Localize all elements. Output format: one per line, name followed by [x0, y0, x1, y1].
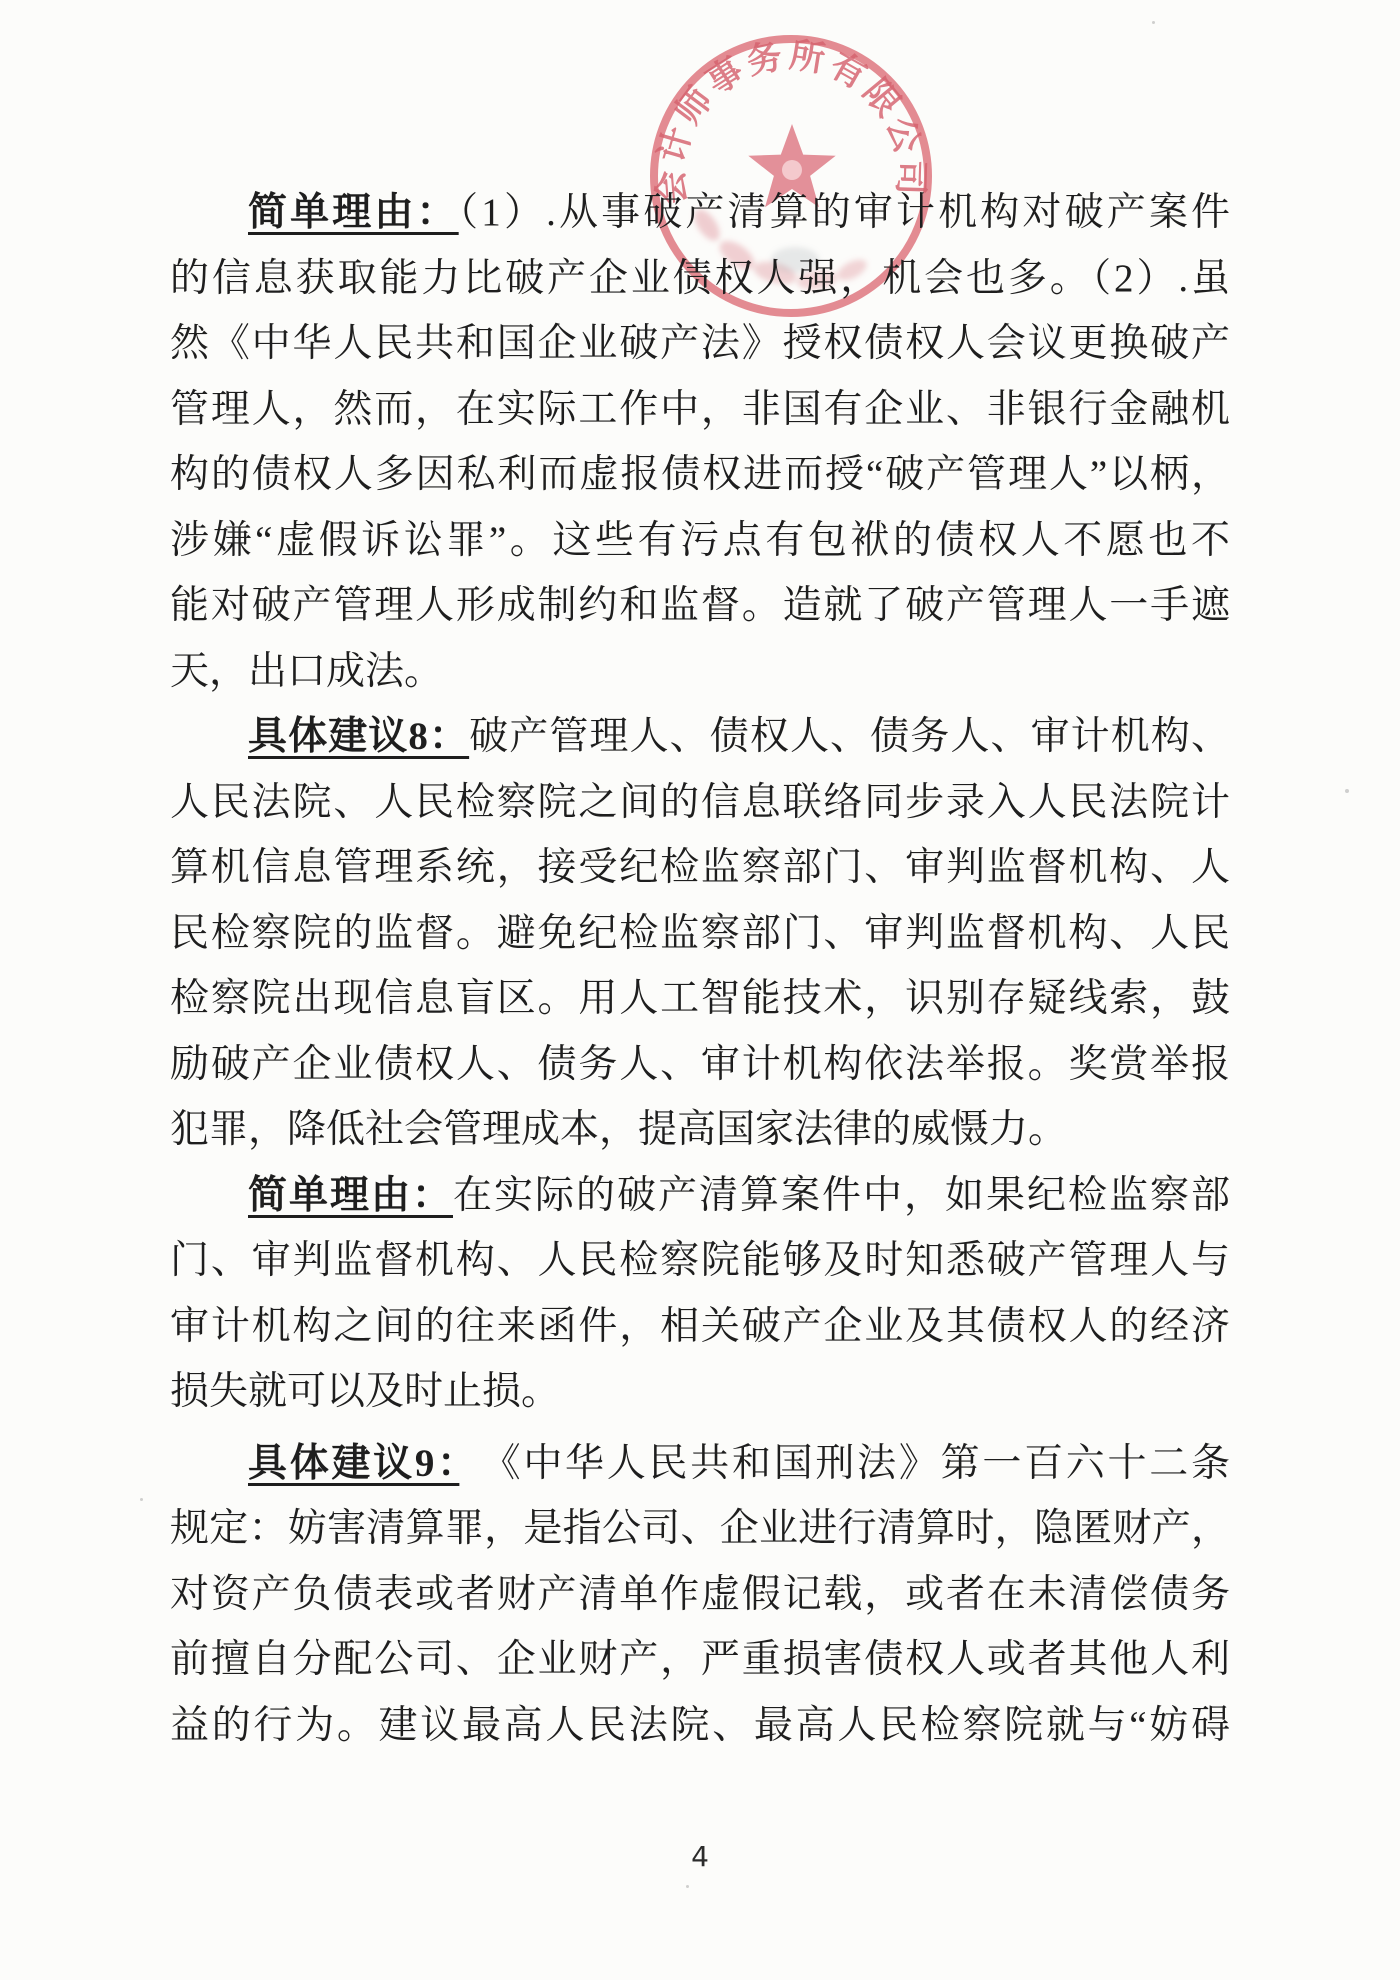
- scan-speck: [1152, 21, 1155, 24]
- text-line: 简单理由：在实际的破产清算案件中，如果纪检监察部: [170, 1163, 1230, 1229]
- text-line: 益的行为。建议最高人民法院、最高人民检察院就与“妨碍: [170, 1693, 1230, 1759]
- paragraph-header: 简单理由：: [248, 191, 459, 234]
- text-line: 具体建议8：破产管理人、债权人、债务人、审计机构、: [170, 704, 1230, 770]
- scan-speck: [686, 1885, 689, 1888]
- text-line: 审计机构之间的往来函件，相关破产企业及其债权人的经济: [170, 1294, 1230, 1360]
- text-line: 简单理由：（1）.从事破产清算的审计机构对破产案件: [170, 180, 1230, 246]
- text-line: 前擅自分配公司、企业财产，严重损害债权人或者其他人利: [170, 1627, 1230, 1693]
- paragraph-header: 简单理由：: [248, 1174, 453, 1217]
- text-line: 规定：妨害清算罪，是指公司、企业进行清算时，隐匿财产，: [170, 1496, 1230, 1562]
- scan-speck: [140, 1498, 143, 1501]
- paragraph: 具体建议9： 《中华人民共和国刑法》第一百六十二条规定：妨害清算罪，是指公司、企…: [170, 1431, 1230, 1759]
- paragraph: 具体建议8：破产管理人、债权人、债务人、审计机构、人民法院、人民检察院之间的信息…: [170, 704, 1230, 1163]
- text-line: 管理人，然而，在实际工作中，非国有企业、非银行金融机: [170, 377, 1230, 443]
- text-line: 民检察院的监督。避免纪检监察部门、审判监督机构、人民: [170, 901, 1230, 967]
- text-line: 算机信息管理系统，接受纪检监察部门、审判监督机构、人: [170, 835, 1230, 901]
- text-line: 然《中华人民共和国企业破产法》授权债权人会议更换破产: [170, 311, 1230, 377]
- text-line: 对资产负债表或者财产清单作虚假记载，或者在未清偿债务: [170, 1562, 1230, 1628]
- text-line: 门、审判监督机构、人民检察院能够及时知悉破产管理人与: [170, 1228, 1230, 1294]
- text-line: 构的债权人多因私利而虚报债权进而授“破产管理人”以柄，: [170, 442, 1230, 508]
- paragraph: 简单理由：在实际的破产清算案件中，如果纪检监察部门、审判监督机构、人民检察院能够…: [170, 1163, 1230, 1425]
- scan-speck: [1345, 789, 1349, 793]
- text-line: 天，出口成法。: [170, 639, 1230, 705]
- text-line: 检察院出现信息盲区。用人工智能技术，识别存疑线索，鼓: [170, 966, 1230, 1032]
- text-line: 损失就可以及时止损。: [170, 1359, 1230, 1425]
- text-line: 具体建议9： 《中华人民共和国刑法》第一百六十二条: [170, 1431, 1230, 1497]
- text-line: 能对破产管理人形成制约和监督。造就了破产管理人一手遮: [170, 573, 1230, 639]
- text-line: 涉嫌“虚假诉讼罪”。这些有污点有包袱的债权人不愿也不: [170, 508, 1230, 574]
- text-line: 犯罪，降低社会管理成本，提高国家法律的威慑力。: [170, 1097, 1230, 1163]
- document-body: 简单理由：（1）.从事破产清算的审计机构对破产案件的信息获取能力比破产企业债权人…: [170, 180, 1230, 1758]
- paragraph-header: 具体建议9：: [248, 1442, 459, 1485]
- document-page: 会计师事务所有限公司 简单理由：（1）.从事破产清算的审计机构对破产案件的信息获…: [0, 0, 1400, 1980]
- text-line: 励破产企业债权人、债务人、审计机构依法举报。奖赏举报: [170, 1032, 1230, 1098]
- text-line: 的信息获取能力比破产企业债权人强，机会也多。（2）.虽: [170, 246, 1230, 312]
- paragraph-header: 具体建议8：: [248, 715, 469, 758]
- paragraph: 简单理由：（1）.从事破产清算的审计机构对破产案件的信息获取能力比破产企业债权人…: [170, 180, 1230, 704]
- page-number: 4: [0, 1840, 1400, 1873]
- text-line: 人民法院、人民检察院之间的信息联络同步录入人民法院计: [170, 770, 1230, 836]
